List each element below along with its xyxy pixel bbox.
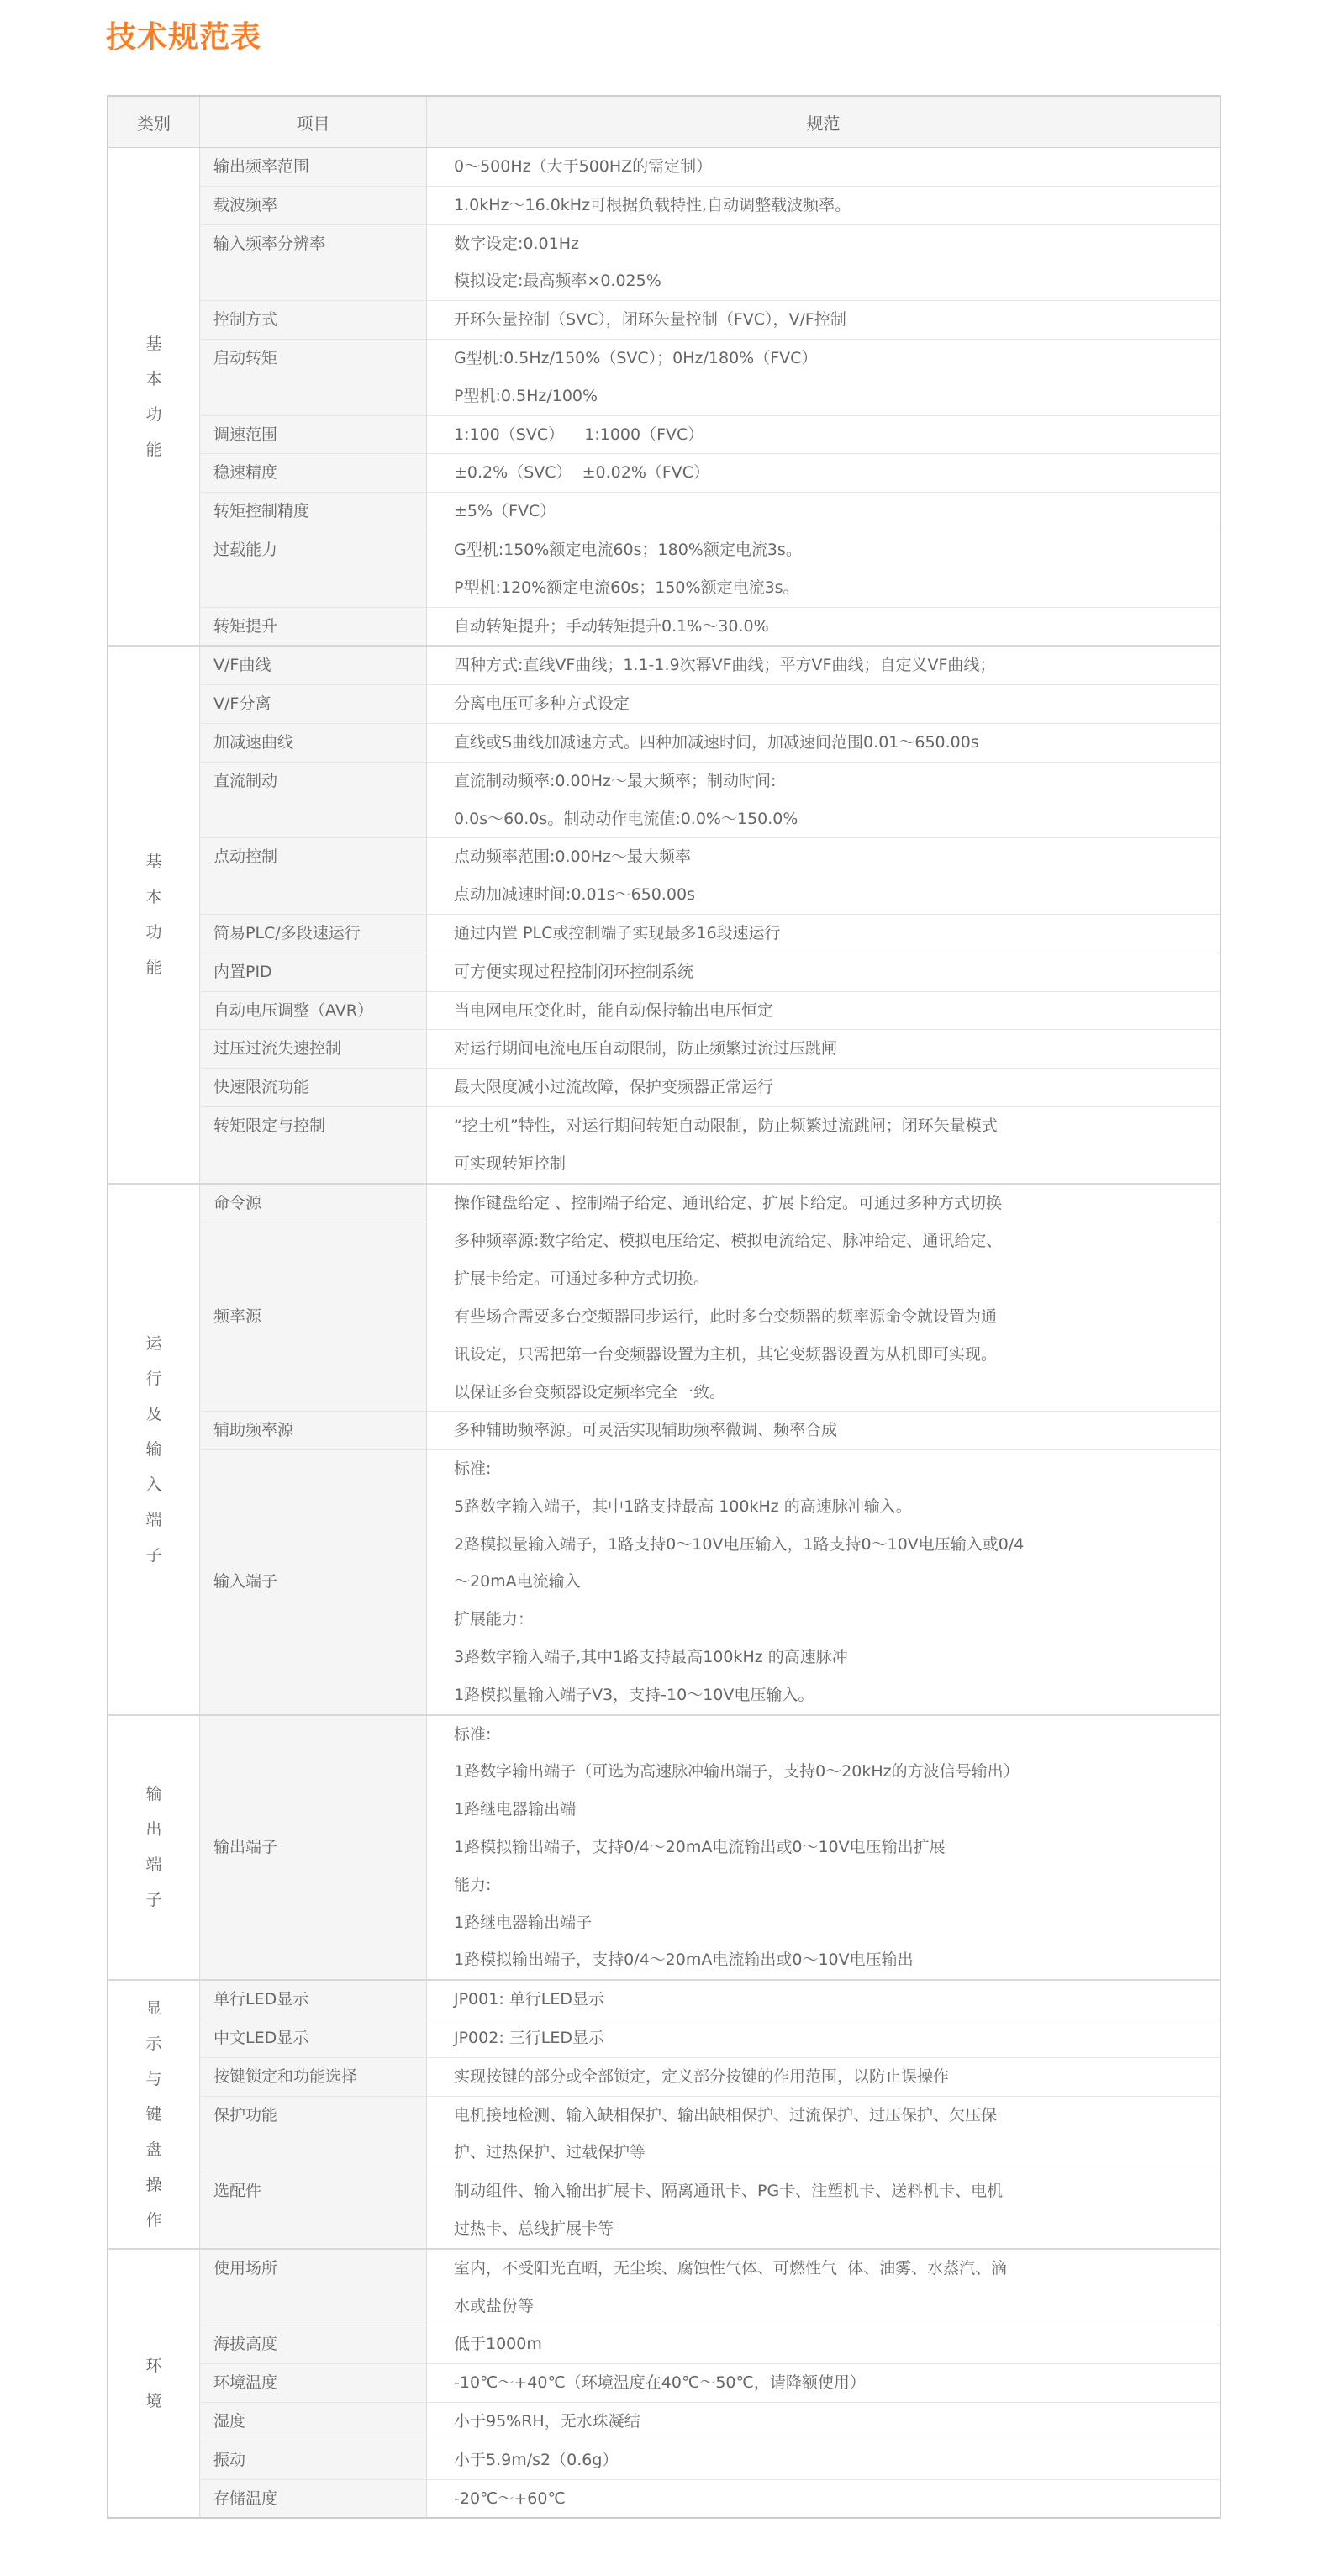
- spec-line: 标准:: [454, 1450, 1220, 1488]
- spec-cell: 自动转矩提升；手动转矩提升0.1%～30.0%: [427, 608, 1220, 646]
- table-row: 启动转矩G型机:0.5Hz/150%（SVC）；0Hz/180%（FVC）P型机…: [200, 340, 1220, 416]
- spec-cell: 小于5.9m/s2（0.6g）: [427, 2441, 1220, 2479]
- category-char: 子: [145, 1882, 161, 1918]
- spec-cell: 制动组件、输入输出扩展卡、隔离通讯卡、PG卡、注塑机卡、送料机卡、电机过热卡、总…: [427, 2172, 1220, 2248]
- item-cell: 使用场所: [200, 2250, 427, 2325]
- spec-cell: -10℃～+40℃（环境温度在40℃～50℃，请降额使用）: [427, 2364, 1220, 2402]
- item-label: 快速限流功能: [213, 1069, 309, 1106]
- table-row: V/F分离分离电压可多种方式设定: [200, 685, 1220, 724]
- item-cell: 辅助频率源: [200, 1412, 427, 1449]
- spec-line: 0.0s～60.0s。制动动作电流值:0.0%～150.0%: [454, 800, 1220, 838]
- table-row: 加减速曲线直线或S曲线加减速方式。四种加减速时间，加减速间范围0.01～650.…: [200, 724, 1220, 763]
- item-label: 加减速曲线: [213, 724, 293, 762]
- spec-line: 1路模拟量输入端子V3，支持-10～10V电压输入。: [454, 1676, 1220, 1714]
- item-cell: 过载能力: [200, 531, 427, 607]
- category-cell: 环境: [108, 2250, 200, 2518]
- table-row: 转矩提升自动转矩提升；手动转矩提升0.1%～30.0%: [200, 608, 1220, 646]
- table-section: 显示与键盘操作单行LED显示JP001: 单行LED显示中文LED显示JP002…: [108, 1981, 1220, 2250]
- item-label: 输入频率分辨率: [213, 225, 325, 263]
- spec-cell: 最大限度减小过流故障，保护变频器正常运行: [427, 1069, 1220, 1106]
- spec-line: JP001: 单行LED显示: [454, 1981, 1220, 2019]
- category-char: 作: [145, 2203, 161, 2238]
- table-row: 调速范围1:100（SVC） 1:1000（FVC）: [200, 416, 1220, 455]
- item-cell: 过压过流失速控制: [200, 1030, 427, 1068]
- category-char: 行: [145, 1361, 161, 1396]
- spec-cell: JP002: 三行LED显示: [427, 2019, 1220, 2057]
- spec-line: 实现按键的部分或全部锁定，定义部分按键的作用范围，以防止误操作: [454, 2058, 1220, 2096]
- item-label: 自动电压调整（AVR）: [213, 992, 373, 1030]
- table-row: 使用场所室内，不受阳光直晒，无尘埃、腐蚀性气体、可燃性气 体、油雾、水蒸汽、滴水…: [200, 2250, 1220, 2326]
- item-label: 直流制动: [213, 763, 277, 800]
- item-cell: 自动电压调整（AVR）: [200, 992, 427, 1030]
- spec-line: 可实现转矩控制: [454, 1145, 1220, 1183]
- table-section: 基本功能输出频率范围0～500Hz（大于500HZ的需定制）载波频率1.0kHz…: [108, 148, 1220, 647]
- item-label: 转矩限定与控制: [213, 1107, 325, 1145]
- spec-line: 点动频率范围:0.00Hz～最大频率: [454, 838, 1220, 876]
- spec-cell: 当电网电压变化时，能自动保持输出电压恒定: [427, 992, 1220, 1030]
- item-label: 过载能力: [213, 531, 277, 569]
- table-row: 稳速精度±0.2%（SVC） ±0.02%（FVC）: [200, 454, 1220, 493]
- spec-line: 数字设定:0.01Hz: [454, 225, 1220, 263]
- item-cell: V/F分离: [200, 685, 427, 723]
- spec-line: 有些场合需要多台变频器同步运行，此时多台变频器的频率源命令就设置为通: [454, 1298, 1220, 1336]
- item-label: 过压过流失速控制: [213, 1030, 341, 1068]
- spec-line: 水或盐份等: [454, 2288, 1220, 2325]
- spec-line: 小于5.9m/s2（0.6g）: [454, 2441, 1220, 2479]
- item-cell: 转矩控制精度: [200, 493, 427, 531]
- table-row: 单行LED显示JP001: 单行LED显示: [200, 1981, 1220, 2019]
- spec-line: G型机:0.5Hz/150%（SVC）；0Hz/180%（FVC）: [454, 340, 1220, 377]
- spec-cell: 四种方式:直线VF曲线；1.1-1.9次幂VF曲线；平方VF曲线；自定义VF曲线…: [427, 647, 1220, 684]
- spec-line: 过热卡、总线扩展卡等: [454, 2210, 1220, 2248]
- item-label: 点动控制: [213, 838, 277, 876]
- spec-cell: 0～500Hz（大于500HZ的需定制）: [427, 148, 1220, 186]
- spec-cell: 标准:1路数字输出端子（可选为高速脉冲输出端子，支持0～20kHz的方波信号输出…: [427, 1716, 1220, 1980]
- category-char: 子: [145, 1538, 161, 1573]
- category-char: 键: [145, 2097, 161, 2132]
- spec-cell: 直流制动频率:0.00Hz～最大频率；制动时间:0.0s～60.0s。制动动作电…: [427, 763, 1220, 838]
- category-char: 入: [145, 1467, 161, 1502]
- spec-cell: 实现按键的部分或全部锁定，定义部分按键的作用范围，以防止误操作: [427, 2058, 1220, 2096]
- item-cell: 输入频率分辨率: [200, 225, 427, 301]
- item-label: 输出端子: [213, 1829, 277, 1866]
- spec-line: 直流制动频率:0.00Hz～最大频率；制动时间:: [454, 763, 1220, 800]
- item-label: V/F分离: [213, 685, 271, 723]
- section-rows: 单行LED显示JP001: 单行LED显示中文LED显示JP002: 三行LED…: [200, 1981, 1220, 2248]
- spec-line: 以保证多台变频器设定频率完全一致。: [454, 1374, 1220, 1412]
- table-row: 输出端子标准:1路数字输出端子（可选为高速脉冲输出端子，支持0～20kHz的方波…: [200, 1716, 1220, 1980]
- spec-cell: ±5%（FVC）: [427, 493, 1220, 531]
- item-cell: 海拔高度: [200, 2325, 427, 2363]
- spec-cell: ±0.2%（SVC） ±0.02%（FVC）: [427, 454, 1220, 492]
- item-cell: 启动转矩: [200, 340, 427, 415]
- item-cell: 控制方式: [200, 301, 427, 339]
- table-row: 振动小于5.9m/s2（0.6g）: [200, 2441, 1220, 2480]
- spec-line: JP002: 三行LED显示: [454, 2019, 1220, 2057]
- table-row: 转矩控制精度±5%（FVC）: [200, 493, 1220, 531]
- item-label: 启动转矩: [213, 340, 277, 377]
- item-cell: 直流制动: [200, 763, 427, 838]
- item-cell: 载波频率: [200, 187, 427, 224]
- category-cell: 运行及输入端子: [108, 1185, 200, 1714]
- spec-cell: 数字设定:0.01Hz模拟设定:最高频率×0.025%: [427, 225, 1220, 301]
- item-cell: 稳速精度: [200, 454, 427, 492]
- table-row: 海拔高度低于1000m: [200, 2325, 1220, 2364]
- spec-cell: JP001: 单行LED显示: [427, 1981, 1220, 2019]
- spec-line: 标准:: [454, 1716, 1220, 1754]
- category-char: 示: [145, 2026, 161, 2061]
- spec-line: 讯设定，只需把第一台变频器设置为主机，其它变频器设置为从机即可实现。: [454, 1336, 1220, 1374]
- spec-line: 模拟设定:最高频率×0.025%: [454, 262, 1220, 300]
- item-label: 使用场所: [213, 2250, 277, 2288]
- category-char: 环: [145, 2348, 161, 2383]
- spec-line: 扩展能力：: [454, 1601, 1220, 1639]
- table-section: 基本功能V/F曲线四种方式:直线VF曲线；1.1-1.9次幂VF曲线；平方VF曲…: [108, 647, 1220, 1184]
- item-cell: 湿度: [200, 2403, 427, 2441]
- category-char: 输: [145, 1776, 161, 1812]
- item-cell: 输出端子: [200, 1716, 427, 1980]
- header-category: 类别: [108, 97, 200, 147]
- item-label: 保护功能: [213, 2097, 277, 2135]
- item-cell: 振动: [200, 2441, 427, 2479]
- item-cell: 转矩限定与控制: [200, 1107, 427, 1183]
- item-label: 中文LED显示: [213, 2019, 308, 2057]
- item-label: 湿度: [213, 2403, 245, 2441]
- category-char: 能: [145, 950, 161, 985]
- item-label: 调速范围: [213, 416, 277, 454]
- section-rows: 输出频率范围0～500Hz（大于500HZ的需定制）载波频率1.0kHz～16.…: [200, 148, 1220, 645]
- category-char: 端: [145, 1847, 161, 1882]
- spec-line: 最大限度减小过流故障，保护变频器正常运行: [454, 1069, 1220, 1106]
- item-label: 控制方式: [213, 301, 277, 339]
- spec-line: 低于1000m: [454, 2325, 1220, 2363]
- spec-line: 2路模拟量输入端子，1路支持0～10V电压输入，1路支持0～10V电压输入或0/…: [454, 1526, 1220, 1564]
- spec-cell: 1.0kHz～16.0kHz可根据负载特性,自动调整载波频率。: [427, 187, 1220, 224]
- category-cell: 基本功能: [108, 148, 200, 645]
- spec-line: 可方便实现过程控制闭环控制系统: [454, 953, 1220, 991]
- category-char: 境: [145, 2383, 161, 2419]
- table-row: 命令源操作键盘给定 、控制端子给定、通讯给定、扩展卡给定。可通过多种方式切换: [200, 1185, 1220, 1223]
- spec-line: 1路模拟输出端子，支持0/4～20mA电流输出或0～10V电压输出: [454, 1941, 1220, 1979]
- spec-line: P型机:0.5Hz/100%: [454, 377, 1220, 415]
- spec-cell: 低于1000m: [427, 2325, 1220, 2363]
- spec-cell: 电机接地检测、输入缺相保护、输出缺相保护、过流保护、过压保护、欠压保护、过热保护…: [427, 2097, 1220, 2172]
- spec-cell: 开环矢量控制（SVC），闭环矢量控制（FVC），V/F控制: [427, 301, 1220, 339]
- spec-line: 分离电压可多种方式设定: [454, 685, 1220, 723]
- spec-line: 多种频率源:数字给定、模拟电压给定、模拟电流给定、脉冲给定、通讯给定、: [454, 1222, 1220, 1260]
- spec-line: 能力:: [454, 1866, 1220, 1904]
- section-rows: 命令源操作键盘给定 、控制端子给定、通讯给定、扩展卡给定。可通过多种方式切换频率…: [200, 1185, 1220, 1714]
- table-row: 湿度小于95%RH，无水珠凝结: [200, 2403, 1220, 2441]
- table-row: 按键锁定和功能选择实现按键的部分或全部锁定，定义部分按键的作用范围，以防止误操作: [200, 2058, 1220, 2097]
- table-row: 保护功能电机接地检测、输入缺相保护、输出缺相保护、过流保护、过压保护、欠压保护、…: [200, 2097, 1220, 2173]
- table-row: 过载能力G型机:150%额定电流60s；180%额定电流3s。P型机:120%额…: [200, 531, 1220, 608]
- category-char: 输: [145, 1432, 161, 1467]
- spec-line: 护、过热保护、过载保护等: [454, 2134, 1220, 2172]
- spec-cell: 操作键盘给定 、控制端子给定、通讯给定、扩展卡给定。可通过多种方式切换: [427, 1185, 1220, 1222]
- item-label: 输入端子: [213, 1563, 277, 1601]
- item-label: 振动: [213, 2441, 245, 2479]
- table-section: 环境使用场所室内，不受阳光直晒，无尘埃、腐蚀性气体、可燃性气 体、油雾、水蒸汽、…: [108, 2250, 1220, 2518]
- item-cell: 转矩提升: [200, 608, 427, 646]
- table-row: 自动电压调整（AVR）当电网电压变化时，能自动保持输出电压恒定: [200, 992, 1220, 1031]
- item-cell: 环境温度: [200, 2364, 427, 2402]
- spec-table: 类别 项目 规范 基本功能输出频率范围0～500Hz（大于500HZ的需定制）载…: [107, 95, 1221, 2519]
- item-label: 环境温度: [213, 2364, 277, 2402]
- section-rows: 输出端子标准:1路数字输出端子（可选为高速脉冲输出端子，支持0～20kHz的方波…: [200, 1716, 1220, 1980]
- category-char: 功: [145, 915, 161, 950]
- category-char: 基: [145, 326, 161, 362]
- item-cell: 快速限流功能: [200, 1069, 427, 1106]
- spec-line: 直线或S曲线加减速方式。四种加减速时间，加减速间范围0.01～650.00s: [454, 724, 1220, 762]
- category-char: 操: [145, 2167, 161, 2203]
- spec-line: 开环矢量控制（SVC），闭环矢量控制（FVC），V/F控制: [454, 301, 1220, 339]
- category-char: 端: [145, 1502, 161, 1538]
- spec-line: 扩展卡给定。可通过多种方式切换。: [454, 1260, 1220, 1298]
- item-label: 选配件: [213, 2172, 261, 2210]
- item-cell: 频率源: [200, 1222, 427, 1411]
- spec-cell: 标准:5路数字输入端子，其中1路支持最高 100kHz 的高速脉冲输入。2路模拟…: [427, 1450, 1220, 1714]
- category-char: 出: [145, 1812, 161, 1847]
- item-cell: 输出频率范围: [200, 148, 427, 186]
- table-row: 控制方式开环矢量控制（SVC），闭环矢量控制（FVC），V/F控制: [200, 301, 1220, 340]
- item-label: 转矩控制精度: [213, 493, 309, 531]
- spec-line: 通过内置 PLC或控制端子实现最多16段速运行: [454, 915, 1220, 953]
- section-rows: V/F曲线四种方式:直线VF曲线；1.1-1.9次幂VF曲线；平方VF曲线；自定…: [200, 647, 1220, 1182]
- spec-line: P型机:120%额定电流60s；150%额定电流3s。: [454, 569, 1220, 607]
- table-row: 输入端子标准:5路数字输入端子，其中1路支持最高 100kHz 的高速脉冲输入。…: [200, 1450, 1220, 1714]
- item-cell: 选配件: [200, 2172, 427, 2248]
- table-row: 辅助频率源多种辅助频率源。可灵活实现辅助频率微调、频率合成: [200, 1412, 1220, 1450]
- item-cell: 调速范围: [200, 416, 427, 454]
- item-label: 转矩提升: [213, 608, 277, 646]
- table-row: 存储温度-20℃～+60℃: [200, 2480, 1220, 2518]
- spec-line: 1.0kHz～16.0kHz可根据负载特性,自动调整载波频率。: [454, 187, 1220, 224]
- category-cell: 基本功能: [108, 647, 200, 1182]
- item-label: 存储温度: [213, 2480, 277, 2518]
- spec-cell: 点动频率范围:0.00Hz～最大频率点动加减速时间:0.01s～650.00s: [427, 838, 1220, 914]
- item-cell: 按键锁定和功能选择: [200, 2058, 427, 2096]
- spec-line: “挖土机”特性，对运行期间转矩自动限制，防止频繁过流跳闸；闭环矢量模式: [454, 1107, 1220, 1145]
- table-row: 转矩限定与控制“挖土机”特性，对运行期间转矩自动限制，防止频繁过流跳闸；闭环矢量…: [200, 1107, 1220, 1183]
- spec-line: -10℃～+40℃（环境温度在40℃～50℃，请降额使用）: [454, 2364, 1220, 2402]
- item-label: 按键锁定和功能选择: [213, 2058, 357, 2096]
- item-label: 海拔高度: [213, 2325, 277, 2363]
- spec-cell: 可方便实现过程控制闭环控制系统: [427, 953, 1220, 991]
- item-label: 载波频率: [213, 187, 277, 224]
- item-cell: 点动控制: [200, 838, 427, 914]
- table-row: 载波频率1.0kHz～16.0kHz可根据负载特性,自动调整载波频率。: [200, 187, 1220, 225]
- spec-cell: “挖土机”特性，对运行期间转矩自动限制，防止频繁过流跳闸；闭环矢量模式可实现转矩…: [427, 1107, 1220, 1183]
- category-char: 功: [145, 397, 161, 432]
- category-cell: 输出端子: [108, 1716, 200, 1980]
- category-char: 本: [145, 879, 161, 915]
- spec-line: 1路继电器输出端子: [454, 1904, 1220, 1942]
- section-rows: 使用场所室内，不受阳光直晒，无尘埃、腐蚀性气体、可燃性气 体、油雾、水蒸汽、滴水…: [200, 2250, 1220, 2518]
- item-cell: 输入端子: [200, 1450, 427, 1714]
- item-cell: V/F曲线: [200, 647, 427, 684]
- table-row: V/F曲线四种方式:直线VF曲线；1.1-1.9次幂VF曲线；平方VF曲线；自定…: [200, 647, 1220, 685]
- item-cell: 存储温度: [200, 2480, 427, 2518]
- spec-cell: 小于95%RH，无水珠凝结: [427, 2403, 1220, 2441]
- spec-line: 1路继电器输出端: [454, 1791, 1220, 1829]
- item-cell: 单行LED显示: [200, 1981, 427, 2019]
- table-row: 中文LED显示JP002: 三行LED显示: [200, 2019, 1220, 2058]
- item-label: 输出频率范围: [213, 148, 309, 186]
- table-row: 简易PLC/多段速运行通过内置 PLC或控制端子实现最多16段速运行: [200, 915, 1220, 953]
- item-cell: 中文LED显示: [200, 2019, 427, 2057]
- spec-line: G型机:150%额定电流60s；180%额定电流3s。: [454, 531, 1220, 569]
- table-row: 过压过流失速控制对运行期间电流电压自动限制，防止频繁过流过压跳闸: [200, 1030, 1220, 1069]
- item-label: 单行LED显示: [213, 1981, 308, 2019]
- spec-line: 对运行期间电流电压自动限制，防止频繁过流过压跳闸: [454, 1030, 1220, 1068]
- item-label: 命令源: [213, 1185, 261, 1222]
- item-cell: 保护功能: [200, 2097, 427, 2172]
- page: 技术规范表 类别 项目 规范 基本功能输出频率范围0～500Hz（大于500HZ…: [0, 0, 1328, 2576]
- category-char: 运: [145, 1326, 161, 1361]
- table-body: 基本功能输出频率范围0～500Hz（大于500HZ的需定制）载波频率1.0kHz…: [108, 148, 1220, 2517]
- spec-cell: 多种频率源:数字给定、模拟电压给定、模拟电流给定、脉冲给定、通讯给定、扩展卡给定…: [427, 1222, 1220, 1411]
- spec-cell: G型机:150%额定电流60s；180%额定电流3s。P型机:120%额定电流6…: [427, 531, 1220, 607]
- item-label: 稳速精度: [213, 454, 277, 492]
- spec-line: 1:100（SVC） 1:1000（FVC）: [454, 416, 1220, 454]
- spec-line: 3路数字输入端子,其中1路支持最高100kHz 的高速脉冲: [454, 1639, 1220, 1676]
- page-title: 技术规范表: [106, 13, 261, 56]
- table-row: 输出频率范围0～500Hz（大于500HZ的需定制）: [200, 148, 1220, 187]
- spec-line: 0～500Hz（大于500HZ的需定制）: [454, 148, 1220, 186]
- category-char: 盘: [145, 2132, 161, 2167]
- spec-cell: 多种辅助频率源。可灵活实现辅助频率微调、频率合成: [427, 1412, 1220, 1449]
- spec-line: -20℃～+60℃: [454, 2480, 1220, 2518]
- header-spec: 规范: [427, 97, 1220, 147]
- spec-cell: 通过内置 PLC或控制端子实现最多16段速运行: [427, 915, 1220, 953]
- spec-line: 小于95%RH，无水珠凝结: [454, 2403, 1220, 2441]
- spec-cell: 室内，不受阳光直晒，无尘埃、腐蚀性气体、可燃性气 体、油雾、水蒸汽、滴水或盐份等: [427, 2250, 1220, 2325]
- category-char: 能: [145, 432, 161, 467]
- spec-line: 5路数字输入端子，其中1路支持最高 100kHz 的高速脉冲输入。: [454, 1488, 1220, 1526]
- category-char: 与: [145, 2061, 161, 2097]
- spec-cell: 直线或S曲线加减速方式。四种加减速时间，加减速间范围0.01～650.00s: [427, 724, 1220, 762]
- table-row: 频率源多种频率源:数字给定、模拟电压给定、模拟电流给定、脉冲给定、通讯给定、扩展…: [200, 1222, 1220, 1412]
- item-label: 内置PID: [213, 953, 272, 991]
- table-row: 环境温度-10℃～+40℃（环境温度在40℃～50℃，请降额使用）: [200, 2364, 1220, 2403]
- spec-line: 自动转矩提升；手动转矩提升0.1%～30.0%: [454, 608, 1220, 646]
- spec-line: 1路模拟输出端子，支持0/4～20mA电流输出或0～10V电压输出扩展: [454, 1829, 1220, 1866]
- table-row: 选配件制动组件、输入输出扩展卡、隔离通讯卡、PG卡、注塑机卡、送料机卡、电机过热…: [200, 2172, 1220, 2248]
- spec-line: ±5%（FVC）: [454, 493, 1220, 531]
- spec-line: 四种方式:直线VF曲线；1.1-1.9次幂VF曲线；平方VF曲线；自定义VF曲线…: [454, 647, 1220, 684]
- table-header-row: 类别 项目 规范: [108, 97, 1220, 148]
- item-cell: 加减速曲线: [200, 724, 427, 762]
- table-section: 输出端子输出端子标准:1路数字输出端子（可选为高速脉冲输出端子，支持0～20kH…: [108, 1716, 1220, 1982]
- header-item: 项目: [200, 97, 427, 147]
- spec-cell: 对运行期间电流电压自动限制，防止频繁过流过压跳闸: [427, 1030, 1220, 1068]
- item-cell: 命令源: [200, 1185, 427, 1222]
- spec-cell: 分离电压可多种方式设定: [427, 685, 1220, 723]
- item-label: V/F曲线: [213, 647, 271, 684]
- spec-line: 点动加减速时间:0.01s～650.00s: [454, 876, 1220, 914]
- table-row: 直流制动直流制动频率:0.00Hz～最大频率；制动时间:0.0s～60.0s。制…: [200, 763, 1220, 839]
- spec-line: ～20mA电流输入: [454, 1563, 1220, 1601]
- spec-line: 1路数字输出端子（可选为高速脉冲输出端子，支持0～20kHz的方波信号输出）: [454, 1753, 1220, 1791]
- spec-cell: -20℃～+60℃: [427, 2480, 1220, 2518]
- item-cell: 简易PLC/多段速运行: [200, 915, 427, 953]
- item-label: 辅助频率源: [213, 1412, 293, 1449]
- spec-cell: G型机:0.5Hz/150%（SVC）；0Hz/180%（FVC）P型机:0.5…: [427, 340, 1220, 415]
- item-label: 频率源: [213, 1298, 261, 1336]
- table-row: 点动控制点动频率范围:0.00Hz～最大频率点动加减速时间:0.01s～650.…: [200, 838, 1220, 915]
- category-char: 显: [145, 1991, 161, 2026]
- spec-line: 多种辅助频率源。可灵活实现辅助频率微调、频率合成: [454, 1412, 1220, 1449]
- spec-line: 制动组件、输入输出扩展卡、隔离通讯卡、PG卡、注塑机卡、送料机卡、电机: [454, 2172, 1220, 2210]
- spec-line: 电机接地检测、输入缺相保护、输出缺相保护、过流保护、过压保护、欠压保: [454, 2097, 1220, 2135]
- category-char: 及: [145, 1396, 161, 1432]
- item-cell: 内置PID: [200, 953, 427, 991]
- spec-cell: 1:100（SVC） 1:1000（FVC）: [427, 416, 1220, 454]
- table-row: 内置PID可方便实现过程控制闭环控制系统: [200, 953, 1220, 992]
- category-cell: 显示与键盘操作: [108, 1981, 200, 2248]
- table-section: 运行及输入端子命令源操作键盘给定 、控制端子给定、通讯给定、扩展卡给定。可通过多…: [108, 1185, 1220, 1716]
- spec-line: 室内，不受阳光直晒，无尘埃、腐蚀性气体、可燃性气 体、油雾、水蒸汽、滴: [454, 2250, 1220, 2288]
- item-label: 简易PLC/多段速运行: [213, 915, 361, 953]
- spec-line: ±0.2%（SVC） ±0.02%（FVC）: [454, 454, 1220, 492]
- spec-line: 操作键盘给定 、控制端子给定、通讯给定、扩展卡给定。可通过多种方式切换: [454, 1185, 1220, 1222]
- table-row: 输入频率分辨率数字设定:0.01Hz模拟设定:最高频率×0.025%: [200, 225, 1220, 302]
- category-char: 本: [145, 362, 161, 397]
- spec-line: 当电网电压变化时，能自动保持输出电压恒定: [454, 992, 1220, 1030]
- table-row: 快速限流功能最大限度减小过流故障，保护变频器正常运行: [200, 1069, 1220, 1107]
- category-char: 基: [145, 844, 161, 879]
